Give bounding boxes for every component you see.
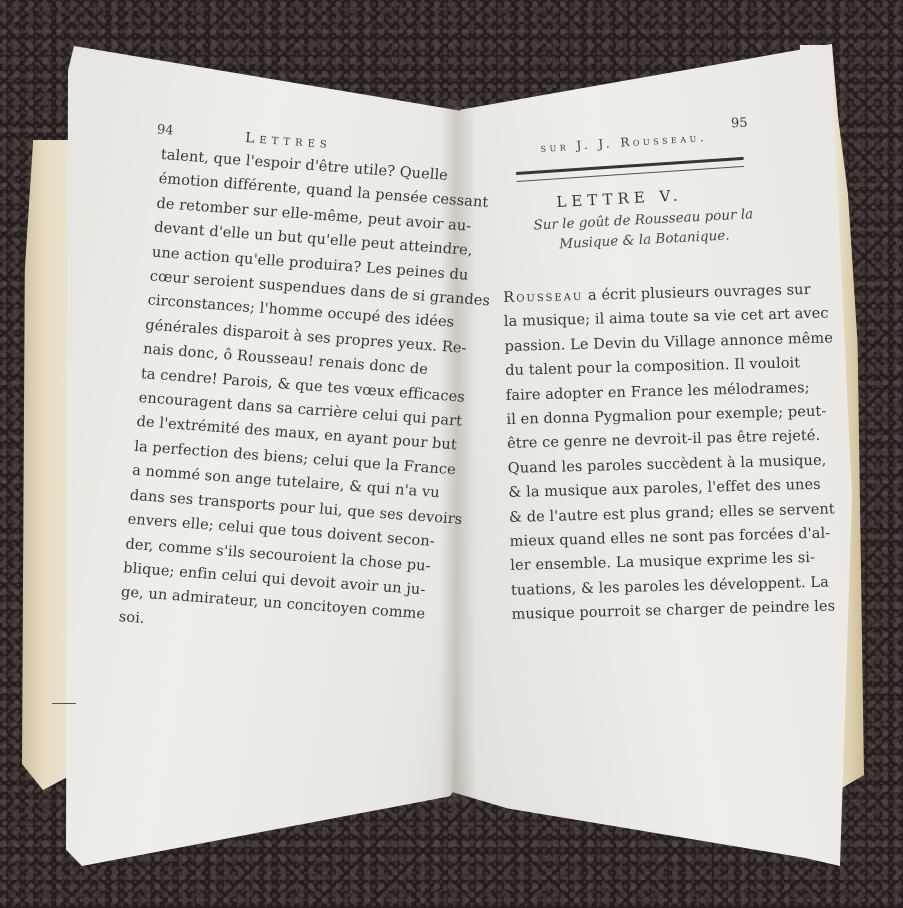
left-page-number: 94 — [156, 122, 174, 138]
right-page-body: Rousseau a écrit plusieurs ouvrages sur … — [503, 280, 757, 628]
pencil-mark — [52, 703, 76, 704]
right-page-number: 95 — [731, 116, 748, 132]
dropcap-word: Rousseau — [503, 288, 583, 306]
left-page-body: talent, que l'espoir d'être utile? Quell… — [118, 143, 430, 649]
book-photograph: 94 Lettres talent, que l'espoir d'être u… — [0, 0, 903, 908]
